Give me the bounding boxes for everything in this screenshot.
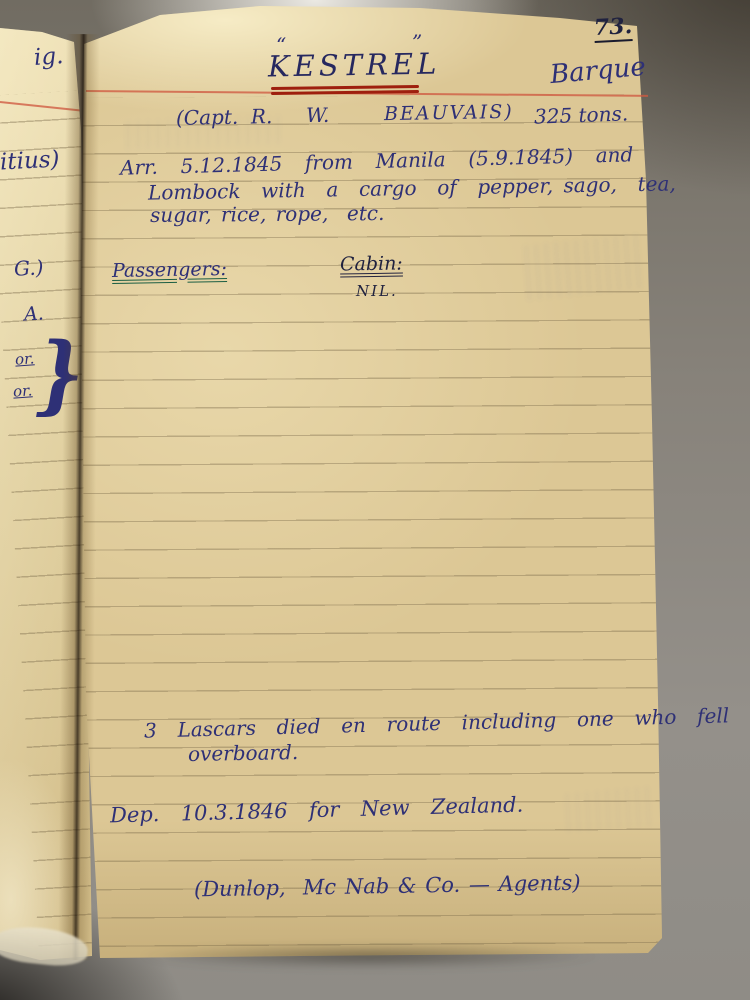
left-page-fragment: A. bbox=[23, 302, 44, 325]
left-page-fragment: or. bbox=[12, 381, 33, 400]
ink-showthrough bbox=[558, 786, 651, 834]
left-page-fragment: or. bbox=[14, 349, 35, 368]
page-number: 73. bbox=[593, 14, 633, 43]
left-page-fragment: itius) bbox=[0, 146, 60, 175]
ledger-photo: ig. itius) G.) A. or. or. } 73. “ ” KEST… bbox=[0, 0, 750, 1000]
captain-surname: BEAUVAIS) bbox=[384, 102, 514, 125]
passengers-label: Passengers: bbox=[112, 259, 227, 282]
cabin-label: Cabin: bbox=[340, 253, 403, 275]
arrival-note-line3: sugar, rice, rope, etc. bbox=[150, 202, 385, 226]
casualty-note-line2: overboard. bbox=[188, 741, 299, 765]
ship-name-title: KESTREL bbox=[268, 48, 441, 83]
captain-prefix: (Capt. R. bbox=[176, 105, 273, 129]
left-page-fragment: G.) bbox=[13, 255, 44, 281]
tonnage: 325 tons. bbox=[534, 102, 629, 127]
page-bottom-shadow bbox=[60, 946, 680, 980]
left-page-fragment: ig. bbox=[33, 43, 64, 71]
captain-middle-initial: W. bbox=[306, 104, 329, 126]
cabin-value: NIL. bbox=[356, 283, 398, 300]
